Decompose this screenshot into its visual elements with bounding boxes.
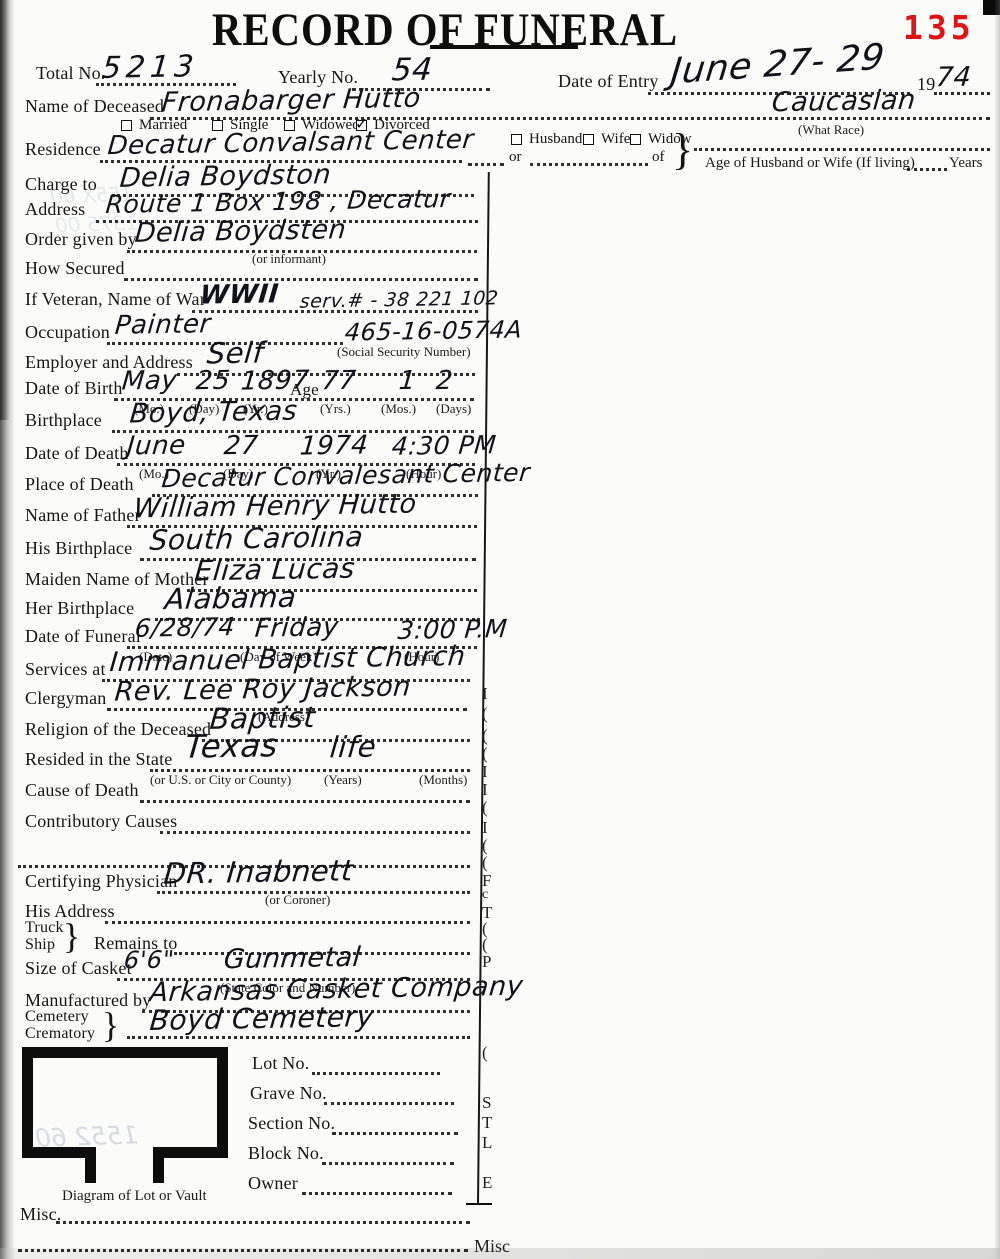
diagram-left-edge xyxy=(22,1047,33,1158)
dotted-line xyxy=(150,117,990,120)
age-years-value: 77 xyxy=(321,366,358,397)
clipped-letter: I xyxy=(482,684,488,704)
diagram-top-edge xyxy=(22,1047,228,1058)
year-value: 74 xyxy=(935,62,973,94)
clipped-letter: S xyxy=(482,1093,491,1113)
checkbox-widow xyxy=(630,134,641,145)
name-of-deceased-value: Fronabarger Hutto xyxy=(160,83,422,119)
dotted-line xyxy=(907,168,947,171)
clipped-letter: I xyxy=(482,762,488,782)
diagram-bottom-right-edge xyxy=(153,1147,228,1158)
veteran-war-value: WWII xyxy=(199,279,280,310)
clipped-letter: ( xyxy=(482,744,488,764)
dotted-line xyxy=(56,1221,470,1224)
clipped-letter: L xyxy=(482,1133,492,1153)
dotted-line xyxy=(160,831,470,834)
resided-sub-months: (Months) xyxy=(419,772,467,788)
ssn-value: 465-16-0574A xyxy=(344,315,524,346)
casket-color-value: Gunmetal xyxy=(223,942,363,975)
name-of-deceased-label: Name of Deceased xyxy=(25,96,164,117)
name-of-father-value: William Henry Hutto xyxy=(132,489,418,525)
address-value: Route 1 Box 198 , Decatur xyxy=(104,184,451,219)
dotted-line xyxy=(124,278,478,281)
dotted-line xyxy=(934,92,990,95)
address-label: Address xyxy=(25,199,85,220)
diagram-leg-right xyxy=(153,1147,164,1183)
cemetery-label: Cemetery xyxy=(25,1008,89,1026)
clipped-letter: P xyxy=(482,952,491,972)
checkbox-husband-label: Husband xyxy=(529,131,582,148)
occupation-label: Occupation xyxy=(25,322,110,343)
diagram-caption: Diagram of Lot or Vault xyxy=(62,1188,207,1205)
dotted-line xyxy=(324,1102,454,1105)
scan-left-shadow-top xyxy=(0,0,10,420)
age-months-value: 1 xyxy=(398,366,418,396)
owner-label: Owner xyxy=(248,1173,298,1194)
certifying-physician-label: Certifying Physician xyxy=(25,871,177,892)
year-prefix: 19 xyxy=(917,74,935,95)
dob-day: 25 xyxy=(195,366,232,397)
page-title: RECORD OF FUNERAL xyxy=(208,4,683,57)
block-no-label: Block No. xyxy=(248,1143,324,1164)
clipped-letter: I xyxy=(482,780,488,800)
clipped-letter: c xyxy=(482,887,488,903)
total-no-value: 5213 xyxy=(100,49,200,86)
checkbox-married xyxy=(121,120,132,131)
size-of-casket-label: Size of Casket xyxy=(25,958,132,979)
resided-state-value: Texas xyxy=(183,726,279,766)
certifying-physician-value: DR. Inabnett xyxy=(162,853,354,890)
date-of-death-label: Date of Death xyxy=(25,443,129,464)
place-of-death-label: Place of Death xyxy=(25,474,134,495)
checkbox-husband xyxy=(511,134,522,145)
dob-days-sub: (Days) xyxy=(436,401,471,417)
order-given-by-value: Delia Boydsten xyxy=(133,214,347,249)
dotted-line xyxy=(312,1072,440,1075)
services-at-value: Immanuel Baptist Church xyxy=(108,641,467,678)
dotted-line xyxy=(18,1249,468,1252)
clergyman-label: Clergyman xyxy=(25,688,106,709)
title-underline xyxy=(430,45,578,49)
of-label: of xyxy=(652,149,665,166)
dotted-line xyxy=(694,148,990,151)
dotted-line xyxy=(302,1192,452,1195)
clipped-letter: ( xyxy=(482,798,488,818)
dotted-line xyxy=(468,163,504,166)
residence-value: Decatur Convalsant Center xyxy=(106,125,475,161)
place-of-death-value: Decatur Convalesant Center xyxy=(160,458,531,493)
clipped-letter: ( xyxy=(482,704,488,724)
date-of-birth-label: Date of Birth xyxy=(25,378,123,399)
divider-foot xyxy=(466,1203,492,1205)
lot-no-label: Lot No. xyxy=(252,1053,309,1074)
total-no-label: Total No. xyxy=(36,63,106,84)
how-secured-label: How Secured xyxy=(25,258,125,279)
dotted-line xyxy=(140,800,470,803)
veteran-serial-value: serv.# - 38 221 102 xyxy=(299,287,500,312)
date-of-entry-label: Date of Entry xyxy=(558,71,659,92)
years-label: Years xyxy=(949,155,982,172)
funeral-day-of-week: Friday xyxy=(254,612,340,643)
ssn-sub-label: (Social Security Number) xyxy=(337,344,471,360)
resided-label: Resided in the State xyxy=(25,749,172,770)
dod-year: 1974 xyxy=(299,430,370,461)
cause-of-death-label: Cause of Death xyxy=(25,780,139,801)
birthplace-value: Boyd, Texas xyxy=(129,396,299,430)
order-given-by-label: Order given by xyxy=(25,229,137,250)
residence-label: Residence xyxy=(25,139,101,160)
name-of-father-label: Name of Father xyxy=(25,505,141,526)
casket-size-value: 6'6" xyxy=(123,946,176,975)
funeral-record-scan: 155X 60 1375 00 1552 60 RECORD OF FUNERA… xyxy=(0,0,1000,1259)
her-birthplace-value: Alabama xyxy=(163,580,298,616)
dod-month: June xyxy=(126,430,187,461)
dotted-line xyxy=(530,163,648,166)
clipped-letter: ( xyxy=(482,853,488,873)
birthplace-label: Birthplace xyxy=(25,410,102,431)
grave-no-label: Grave No. xyxy=(250,1083,327,1104)
checkbox-wife xyxy=(583,134,594,145)
dod-day: 27 xyxy=(223,431,260,462)
dob-month: May xyxy=(121,366,179,397)
diagram-right-edge xyxy=(217,1047,228,1158)
occupation-value: Painter xyxy=(114,309,212,341)
cemetery-brace: } xyxy=(102,1004,119,1046)
resided-sub-years: (Years) xyxy=(324,772,362,788)
or-informant-sub-label: (or informant) xyxy=(252,251,326,267)
dob-yrs-sub: (Yrs.) xyxy=(320,401,351,417)
date-of-funeral-label: Date of Funeral xyxy=(25,626,141,647)
veteran-label: If Veteran, Name of War xyxy=(25,289,206,310)
dob-mos-sub: (Mos.) xyxy=(381,401,416,417)
scan-right-edge xyxy=(994,0,1000,1259)
charge-to-label: Charge to xyxy=(25,174,97,195)
dotted-line xyxy=(127,1036,470,1039)
truck-label: Truck xyxy=(25,919,64,937)
section-no-label: Section No. xyxy=(248,1113,335,1134)
her-birthplace-label: Her Birthplace xyxy=(25,598,134,619)
date-of-entry-value: June 27- 29 xyxy=(669,37,887,93)
cemetery-value: Boyd Cemetery xyxy=(148,1000,375,1037)
spouse-brace: } xyxy=(672,124,693,175)
services-at-label: Services at xyxy=(25,659,106,680)
dotted-line xyxy=(322,1162,454,1165)
age-of-spouse-label: Age of Husband or Wife (If living) xyxy=(705,155,915,172)
dod-hour: 4:30 PM xyxy=(391,430,498,461)
resided-sub-county: (or U.S. or City or County) xyxy=(150,772,291,788)
his-birthplace-label: His Birthplace xyxy=(25,538,132,559)
right-column-misc-label: Misc xyxy=(474,1236,510,1257)
checkbox-wife-label: Wife xyxy=(601,131,630,148)
remains-brace: } xyxy=(63,915,80,957)
page-number: 135 xyxy=(903,8,975,47)
clipped-letter: E xyxy=(482,1173,492,1193)
dotted-line xyxy=(332,1132,458,1135)
age-days-value: 2 xyxy=(435,366,455,396)
or-label: or xyxy=(509,149,522,166)
contributory-causes-label: Contributory Causes xyxy=(25,811,177,832)
clipped-letter: ( xyxy=(482,1043,488,1063)
or-coroner-sub: (or Coroner) xyxy=(265,892,330,908)
race-sub-label: (What Race) xyxy=(798,122,864,138)
resided-years-value: life xyxy=(328,730,377,765)
race-value: Caucasian xyxy=(771,85,918,119)
religion-label: Religion of the Deceased xyxy=(25,719,211,740)
ship-label: Ship xyxy=(25,936,55,954)
clipped-letter: I xyxy=(482,818,488,838)
dotted-line xyxy=(105,921,470,924)
dotted-line xyxy=(192,310,478,313)
crematory-label: Crematory xyxy=(25,1025,95,1043)
clipped-letter: T xyxy=(482,1113,492,1133)
funeral-date: 6/28/74 xyxy=(134,612,237,643)
clipped-letter: ( xyxy=(482,726,488,746)
diagram-leg-left xyxy=(85,1147,96,1183)
